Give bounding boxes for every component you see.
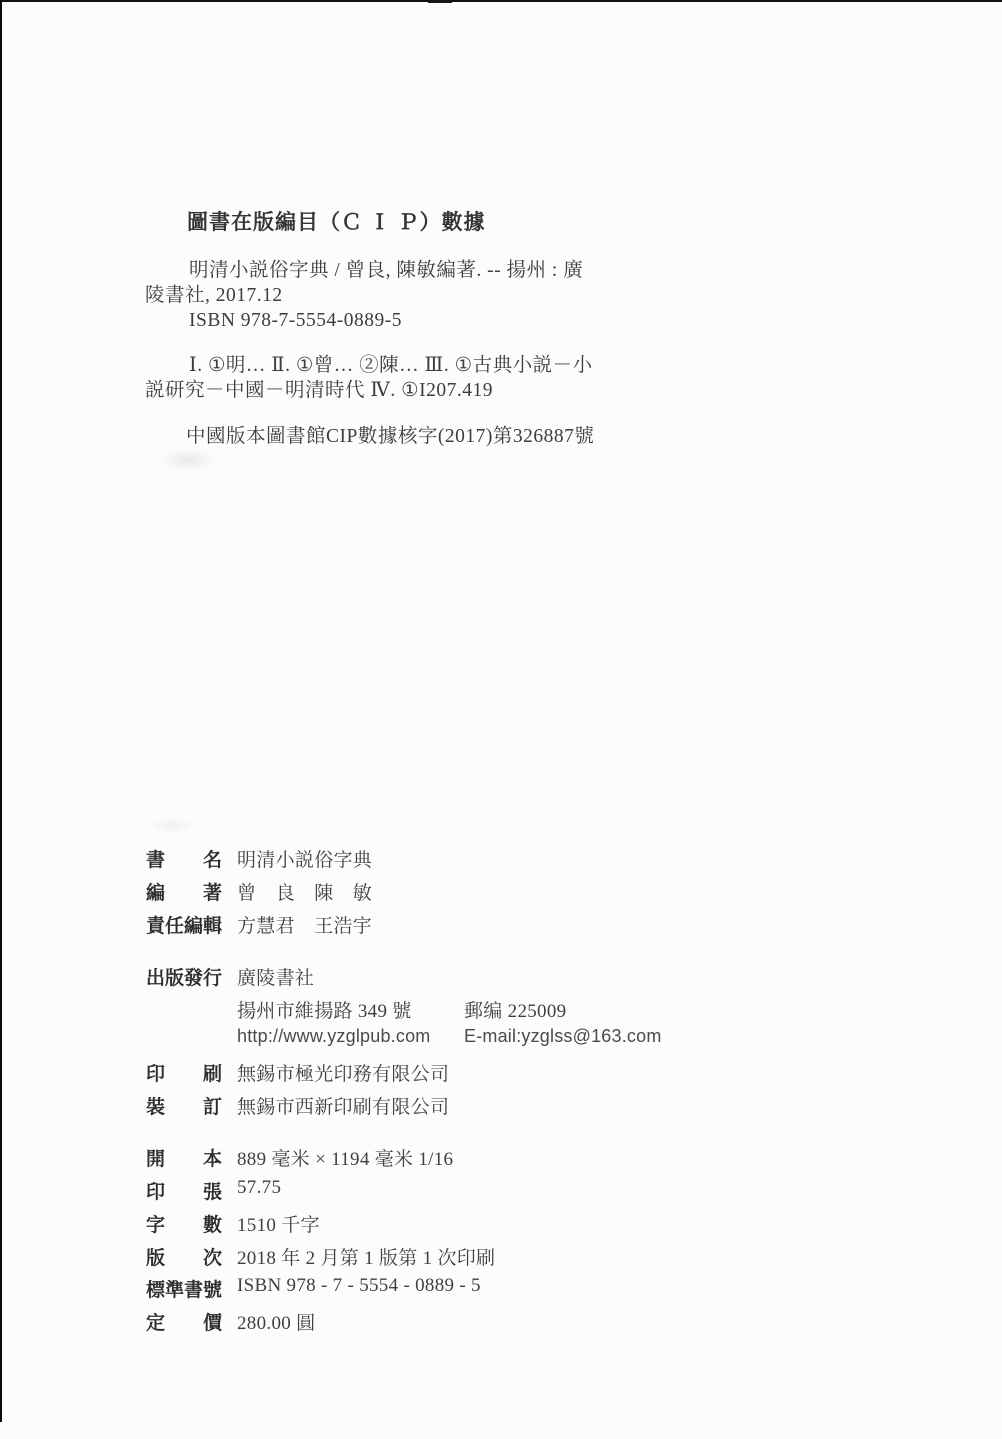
scan-artifact	[158, 448, 218, 472]
cip-heading: 圖書在版編目（Ｃ Ｉ Ｐ）數據	[187, 206, 486, 236]
row-label: 裝 訂	[146, 1092, 222, 1119]
row-label: 印 張	[146, 1177, 222, 1204]
row-label: 開 本	[146, 1144, 222, 1171]
scan-edge-left	[0, 0, 2, 1422]
colophon: 書 名 明清小説俗字典 編 著 曾 良 陳 敏 責任編輯 方慧君 王浩宇 出版發…	[146, 845, 866, 1345]
row-value: 57.75	[237, 1177, 281, 1199]
cip-record-number: 中國版本圖書館CIP數據核字(2017)第326887號	[186, 420, 594, 448]
scan-artifact	[150, 816, 194, 834]
row-label: 責任編輯	[146, 911, 222, 938]
row-label: 標準書號	[146, 1275, 222, 1302]
row-label: 定 價	[146, 1308, 222, 1335]
cip-classification-block: Ⅰ. ①明… Ⅱ. ①曾… ②陳… Ⅲ. ①古典小説－小 説研究－中國－明清時代…	[145, 353, 705, 403]
cip-isbn-line: ISBN 978-7-5554-0889-5	[145, 308, 705, 333]
book-copyright-page: 圖書在版編目（Ｃ Ｉ Ｐ）數據 明清小説俗字典 / 曾良, 陳敏編著. -- 揚…	[0, 0, 1002, 1439]
publisher-website: http://www.yzglpub.com	[237, 1026, 430, 1047]
row-label: 編 著	[146, 878, 222, 905]
row-value: 方慧君 王浩宇	[237, 911, 372, 938]
row-value: 280.00 圓	[237, 1308, 315, 1335]
row-label: 印 刷	[146, 1059, 222, 1086]
row-value: 廣陵書社	[237, 963, 314, 990]
row-value: 2018 年 2 月第 1 版第 1 次印刷	[237, 1243, 495, 1270]
row-value: 1510 千字	[237, 1210, 320, 1237]
cip-entry-block: 明清小説俗字典 / 曾良, 陳敏編著. -- 揚州 : 廣 陵書社, 2017.…	[145, 258, 705, 333]
row-value: 無錫市西新印刷有限公司	[237, 1092, 449, 1119]
postal-code: 郵编 225009	[464, 996, 566, 1023]
row-value: ISBN 978 - 7 - 5554 - 0889 - 5	[237, 1275, 481, 1297]
row-label: 版 次	[146, 1243, 222, 1270]
row-label: 出版發行	[146, 963, 222, 990]
cip-entry-line2: 陵書社, 2017.12	[145, 283, 705, 308]
row-label: 書 名	[146, 845, 222, 872]
cip-entry-line1: 明清小説俗字典 / 曾良, 陳敏編著. -- 揚州 : 廣	[145, 258, 705, 283]
row-value: 曾 良 陳 敏	[237, 878, 372, 905]
cip-classification-line2: 説研究－中國－明清時代 Ⅳ. ①I207.419	[145, 378, 705, 403]
cip-classification-line1: Ⅰ. ①明… Ⅱ. ①曾… ②陳… Ⅲ. ①古典小説－小	[145, 353, 705, 378]
row-value: 無錫市極光印務有限公司	[237, 1059, 449, 1086]
scan-mark	[428, 0, 452, 3]
row-label: 字 數	[146, 1210, 222, 1237]
row-value: 明清小説俗字典	[237, 845, 372, 872]
publisher-address: 揚州市維揚路 349 號	[237, 996, 412, 1023]
scan-edge-top	[0, 0, 1002, 2]
row-value: 889 毫米 × 1194 毫米 1/16	[237, 1144, 453, 1171]
publisher-email: E-mail:yzglss@163.com	[464, 1026, 662, 1047]
